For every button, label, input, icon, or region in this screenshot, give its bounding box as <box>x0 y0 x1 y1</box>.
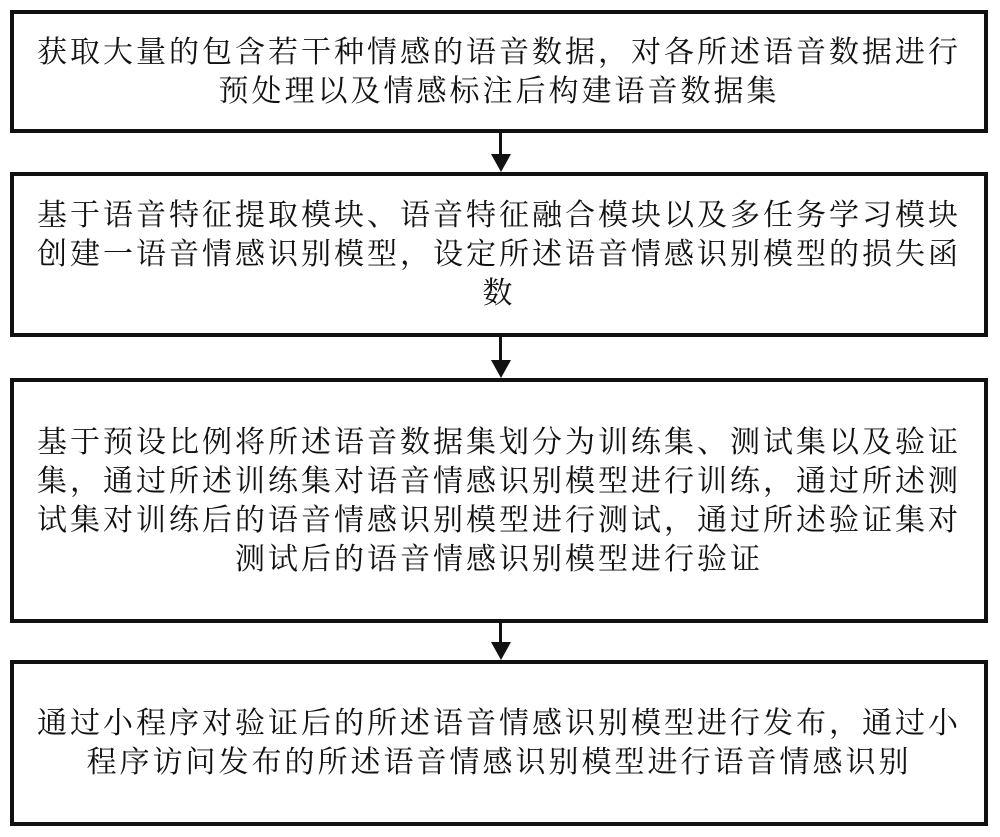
step-3-text: 基于预设比例将所述语音数据集划分为训练集、测试集以及验证集，通过所述训练集对语音… <box>22 423 976 579</box>
step-1-box: 获取大量的包含若干种情感的语音数据，对各所述语音数据进行预处理以及情感标注后构建… <box>10 10 988 133</box>
step-3-box: 基于预设比例将所述语音数据集划分为训练集、测试集以及验证集，通过所述训练集对语音… <box>10 378 988 623</box>
step-1-text: 获取大量的包含若干种情感的语音数据，对各所述语音数据进行预处理以及情感标注后构建… <box>22 33 976 111</box>
arrow-down-icon <box>491 133 511 172</box>
step-4-text: 通过小程序对验证后的所述语音情感识别模型进行发布，通过小程序访问发布的所述语音情… <box>22 704 976 782</box>
step-2-box: 基于语音特征提取模块、语音特征融合模块以及多任务学习模块创建一语音情感识别模型，… <box>10 172 988 337</box>
arrow-down-icon <box>491 337 511 378</box>
step-4-box: 通过小程序对验证后的所述语音情感识别模型进行发布，通过小程序访问发布的所述语音情… <box>10 660 988 826</box>
step-2-text: 基于语音特征提取模块、语音特征融合模块以及多任务学习模块创建一语音情感识别模型，… <box>22 196 976 313</box>
arrow-down-icon <box>491 623 511 660</box>
